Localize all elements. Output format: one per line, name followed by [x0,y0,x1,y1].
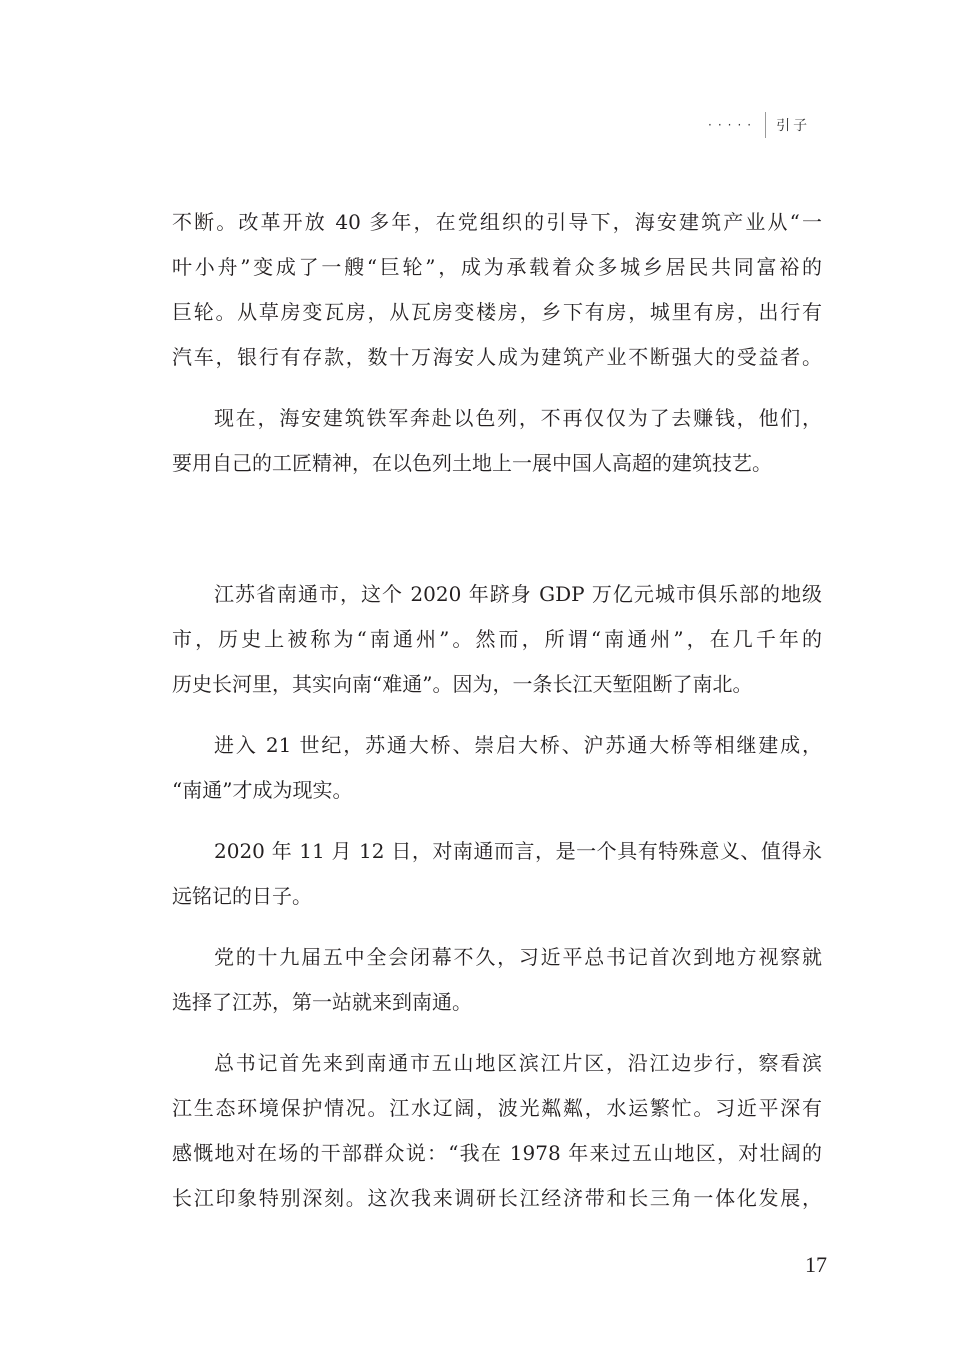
paragraph: 江苏省南通市，这个 2020 年跻身 GDP 万亿元城市俱乐部的地级 市，历史上… [172,572,822,707]
text-line: 长江印象特别深刻。这次我来调研长江经济带和长三角一体化发展， [172,1176,822,1221]
text-line: 叶小舟”变成了一艘“巨轮”，成为承载着众多城乡居民共同富裕的 [172,245,822,290]
paragraph: 党的十九届五中全会闭幕不久，习近平总书记首次到地方视察就 选择了江苏，第一站就来… [172,935,822,1025]
text-line: 2020 年 11 月 12 日，对南通而言，是一个具有特殊意义、值得永 [172,829,822,874]
paragraph: 总书记首先来到南通市五山地区滨江片区，沿江边步行，察看滨 江生态环境保护情况。江… [172,1041,822,1221]
running-header: ····· 引子 [708,112,810,138]
text-line: 选择了江苏，第一站就来到南通。 [172,980,822,1025]
text-line: 江生态环境保护情况。江水辽阔，波光粼粼，水运繁忙。习近平深有 [172,1086,822,1131]
paragraph: 2020 年 11 月 12 日，对南通而言，是一个具有特殊意义、值得永 远铭记… [172,829,822,919]
text-line: 进入 21 世纪，苏通大桥、崇启大桥、沪苏通大桥等相继建成， [172,723,822,768]
text-line: 汽车，银行有存款，数十万海安人成为建筑产业不断强大的受益者。 [172,335,822,380]
text-line: 江苏省南通市，这个 2020 年跻身 GDP 万亿元城市俱乐部的地级 [172,572,822,617]
paragraph: 现在，海安建筑铁军奔赴以色列，不再仅仅为了去赚钱，他们， 要用自己的工匠精神，在… [172,396,822,486]
paragraph: 不断。改革开放 40 多年，在党组织的引导下，海安建筑产业从“一 叶小舟”变成了… [172,200,822,380]
text-line: 感慨地对在场的干部群众说：“我在 1978 年来过五山地区，对壮阔的 [172,1131,822,1176]
text-line: 巨轮。从草房变瓦房，从瓦房变楼房，乡下有房，城里有房，出行有 [172,290,822,335]
section-break [172,486,822,572]
text-line: 历史长河里，其实向南“难通”。因为，一条长江天堑阻断了南北。 [172,662,822,707]
text-line: 总书记首先来到南通市五山地区滨江片区，沿江边步行，察看滨 [172,1041,822,1086]
text-line: 市，历史上被称为“南通州”。然而，所谓“南通州”，在几千年的 [172,617,822,662]
text-line: “南通”才成为现实。 [172,768,822,813]
page-number: 17 [797,1252,827,1278]
text-line: 现在，海安建筑铁军奔赴以色列，不再仅仅为了去赚钱，他们， [172,396,822,441]
chapter-title: 引子 [776,115,810,135]
text-line: 党的十九届五中全会闭幕不久，习近平总书记首次到地方视察就 [172,935,822,980]
text-line: 要用自己的工匠精神，在以色列土地上一展中国人高超的建筑技艺。 [172,441,822,486]
header-divider [765,112,766,138]
text-line: 不断。改革开放 40 多年，在党组织的引导下，海安建筑产业从“一 [172,200,822,245]
paragraph: 进入 21 世纪，苏通大桥、崇启大桥、沪苏通大桥等相继建成， “南通”才成为现实… [172,723,822,813]
text-line: 远铭记的日子。 [172,874,822,919]
body-text: 不断。改革开放 40 多年，在党组织的引导下，海安建筑产业从“一 叶小舟”变成了… [172,200,822,1221]
header-dots: ····· [708,118,757,132]
